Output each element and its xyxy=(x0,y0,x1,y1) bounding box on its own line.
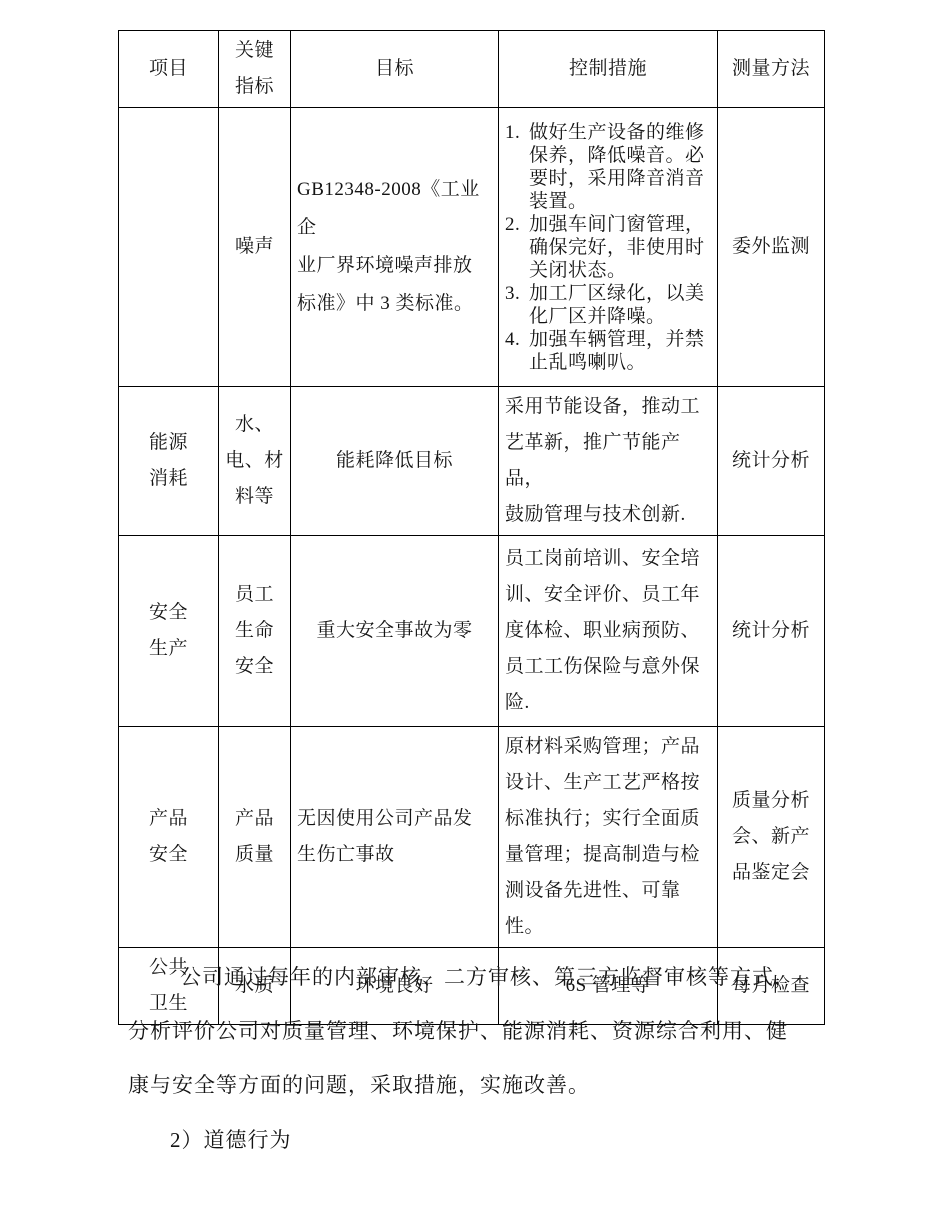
body-text-block: 公司通过每年的内部审核、二方审核、第三方监督审核等方式， 分析评价公司对质量管理… xyxy=(128,950,850,1162)
cell-measures-product: 原材料采购管理；产品 设计、生产工艺严格按 标准执行；实行全面质 量管理；提高制… xyxy=(499,727,718,948)
header-target-label: 目标 xyxy=(375,58,414,79)
header-indicator-label: 关键 指标 xyxy=(235,40,274,97)
cell-method-energy: 统计分析 xyxy=(718,387,825,536)
method-text: 质量分析 会、新产 品鉴定会 xyxy=(732,790,810,883)
cell-target-energy: 能耗降低目标 xyxy=(291,387,499,536)
cell-measures-energy: 采用节能设备，推动工 艺革新，推广节能产品， 鼓励管理与技术创新. xyxy=(499,387,718,536)
target-text: 无因使用公司产品发 生伤亡事故 xyxy=(297,808,473,865)
measure-number: 3. xyxy=(505,282,529,305)
cell-indicator-energy: 水、 电、材 料等 xyxy=(219,387,291,536)
measures-text: 采用节能设备，推动工 艺革新，推广节能产品， 鼓励管理与技术创新. xyxy=(505,396,700,525)
cell-measures-safety: 员工岗前培训、安全培 训、安全评价、员工年 度体检、职业病预防、 员工工伤保险与… xyxy=(499,536,718,727)
measure-text: 加强车辆管理，并禁 止乱鸣喇叭。 xyxy=(529,328,711,374)
cell-method-safety: 统计分析 xyxy=(718,536,825,727)
cell-indicator-safety: 员工 生命 安全 xyxy=(219,536,291,727)
cell-indicator-noise: 噪声 xyxy=(219,108,291,387)
method-text: 统计分析 xyxy=(732,450,810,471)
target-text: 重大安全事故为零 xyxy=(316,620,472,641)
measures-text: 原材料采购管理；产品 设计、生产工艺严格按 标准执行；实行全面质 量管理；提高制… xyxy=(505,736,700,937)
header-item-label: 项目 xyxy=(149,58,188,79)
cell-method-noise: 委外监测 xyxy=(718,108,825,387)
measure-text: 加强车间门窗管理， 确保完好，非使用时 关闭状态。 xyxy=(529,213,711,282)
measures-text: 员工岗前培训、安全培 训、安全评价、员工年 度体检、职业病预防、 员工工伤保险与… xyxy=(505,548,700,713)
measure-item-4: 4.加强车辆管理，并禁 止乱鸣喇叭。 xyxy=(505,328,711,374)
indicator-text: 噪声 xyxy=(235,236,274,257)
item-text: 产品 安全 xyxy=(149,808,188,865)
measure-item-2: 2.加强车间门窗管理， 确保完好，非使用时 关闭状态。 xyxy=(505,213,711,282)
method-text: 统计分析 xyxy=(732,620,810,641)
subheading-ethical-behavior: 2）道德行为 xyxy=(128,1118,850,1162)
measure-number: 4. xyxy=(505,328,529,351)
item-text: 安全 生产 xyxy=(149,602,188,659)
header-measures: 控制措施 xyxy=(499,31,718,108)
item-text: 能源 消耗 xyxy=(149,432,188,489)
document-page: 项目 关键 指标 目标 控制措施 测量方法 噪声 GB12348-2008《工业… xyxy=(0,0,927,1213)
table-row-energy: 能源 消耗 水、 电、材 料等 能耗降低目标 采用节能设备，推动工 艺革新，推广… xyxy=(119,387,825,536)
table-row-product: 产品 安全 产品 质量 无因使用公司产品发 生伤亡事故 原材料采购管理；产品 设… xyxy=(119,727,825,948)
cell-indicator-product: 产品 质量 xyxy=(219,727,291,948)
header-method-label: 测量方法 xyxy=(732,58,810,79)
indicator-text: 水、 电、材 料等 xyxy=(225,414,284,507)
target-text: 能耗降低目标 xyxy=(336,450,453,471)
measures-list: 1.做好生产设备的维修 保养，降低噪音。必 要时，采用降音消音 装置。 2.加强… xyxy=(505,121,711,374)
management-objectives-table: 项目 关键 指标 目标 控制措施 测量方法 噪声 GB12348-2008《工业… xyxy=(118,30,825,1025)
cell-method-product: 质量分析 会、新产 品鉴定会 xyxy=(718,727,825,948)
target-text: GB12348-2008《工业企 业厂界环境噪声排放 标准》中 3 类标准。 xyxy=(297,179,480,314)
header-measures-label: 控制措施 xyxy=(569,58,647,79)
audit-paragraph: 公司通过每年的内部审核、二方审核、第三方监督审核等方式， 分析评价公司对质量管理… xyxy=(128,950,850,1112)
cell-measures-noise: 1.做好生产设备的维修 保养，降低噪音。必 要时，采用降音消音 装置。 2.加强… xyxy=(499,108,718,387)
measure-text: 做好生产设备的维修 保养，降低噪音。必 要时，采用降音消音 装置。 xyxy=(529,121,711,213)
measure-number: 2. xyxy=(505,213,529,236)
indicator-text: 员工 生命 安全 xyxy=(235,584,274,677)
header-item: 项目 xyxy=(119,31,219,108)
cell-item-safety: 安全 生产 xyxy=(119,536,219,727)
header-target: 目标 xyxy=(291,31,499,108)
measure-number: 1. xyxy=(505,121,529,144)
method-text: 委外监测 xyxy=(732,236,810,257)
header-method: 测量方法 xyxy=(718,31,825,108)
table-row-noise: 噪声 GB12348-2008《工业企 业厂界环境噪声排放 标准》中 3 类标准… xyxy=(119,108,825,387)
measure-item-1: 1.做好生产设备的维修 保养，降低噪音。必 要时，采用降音消音 装置。 xyxy=(505,121,711,213)
header-row: 项目 关键 指标 目标 控制措施 测量方法 xyxy=(119,31,825,108)
measure-item-3: 3.加工厂区绿化，以美 化厂区并降噪。 xyxy=(505,282,711,328)
indicator-text: 产品 质量 xyxy=(235,808,274,865)
cell-target-safety: 重大安全事故为零 xyxy=(291,536,499,727)
cell-item-noise xyxy=(119,108,219,387)
cell-target-product: 无因使用公司产品发 生伤亡事故 xyxy=(291,727,499,948)
table-row-safety: 安全 生产 员工 生命 安全 重大安全事故为零 员工岗前培训、安全培 训、安全评… xyxy=(119,536,825,727)
measure-text: 加工厂区绿化，以美 化厂区并降噪。 xyxy=(529,282,711,328)
header-indicator: 关键 指标 xyxy=(219,31,291,108)
cell-target-noise: GB12348-2008《工业企 业厂界环境噪声排放 标准》中 3 类标准。 xyxy=(291,108,499,387)
cell-item-product: 产品 安全 xyxy=(119,727,219,948)
cell-item-energy: 能源 消耗 xyxy=(119,387,219,536)
